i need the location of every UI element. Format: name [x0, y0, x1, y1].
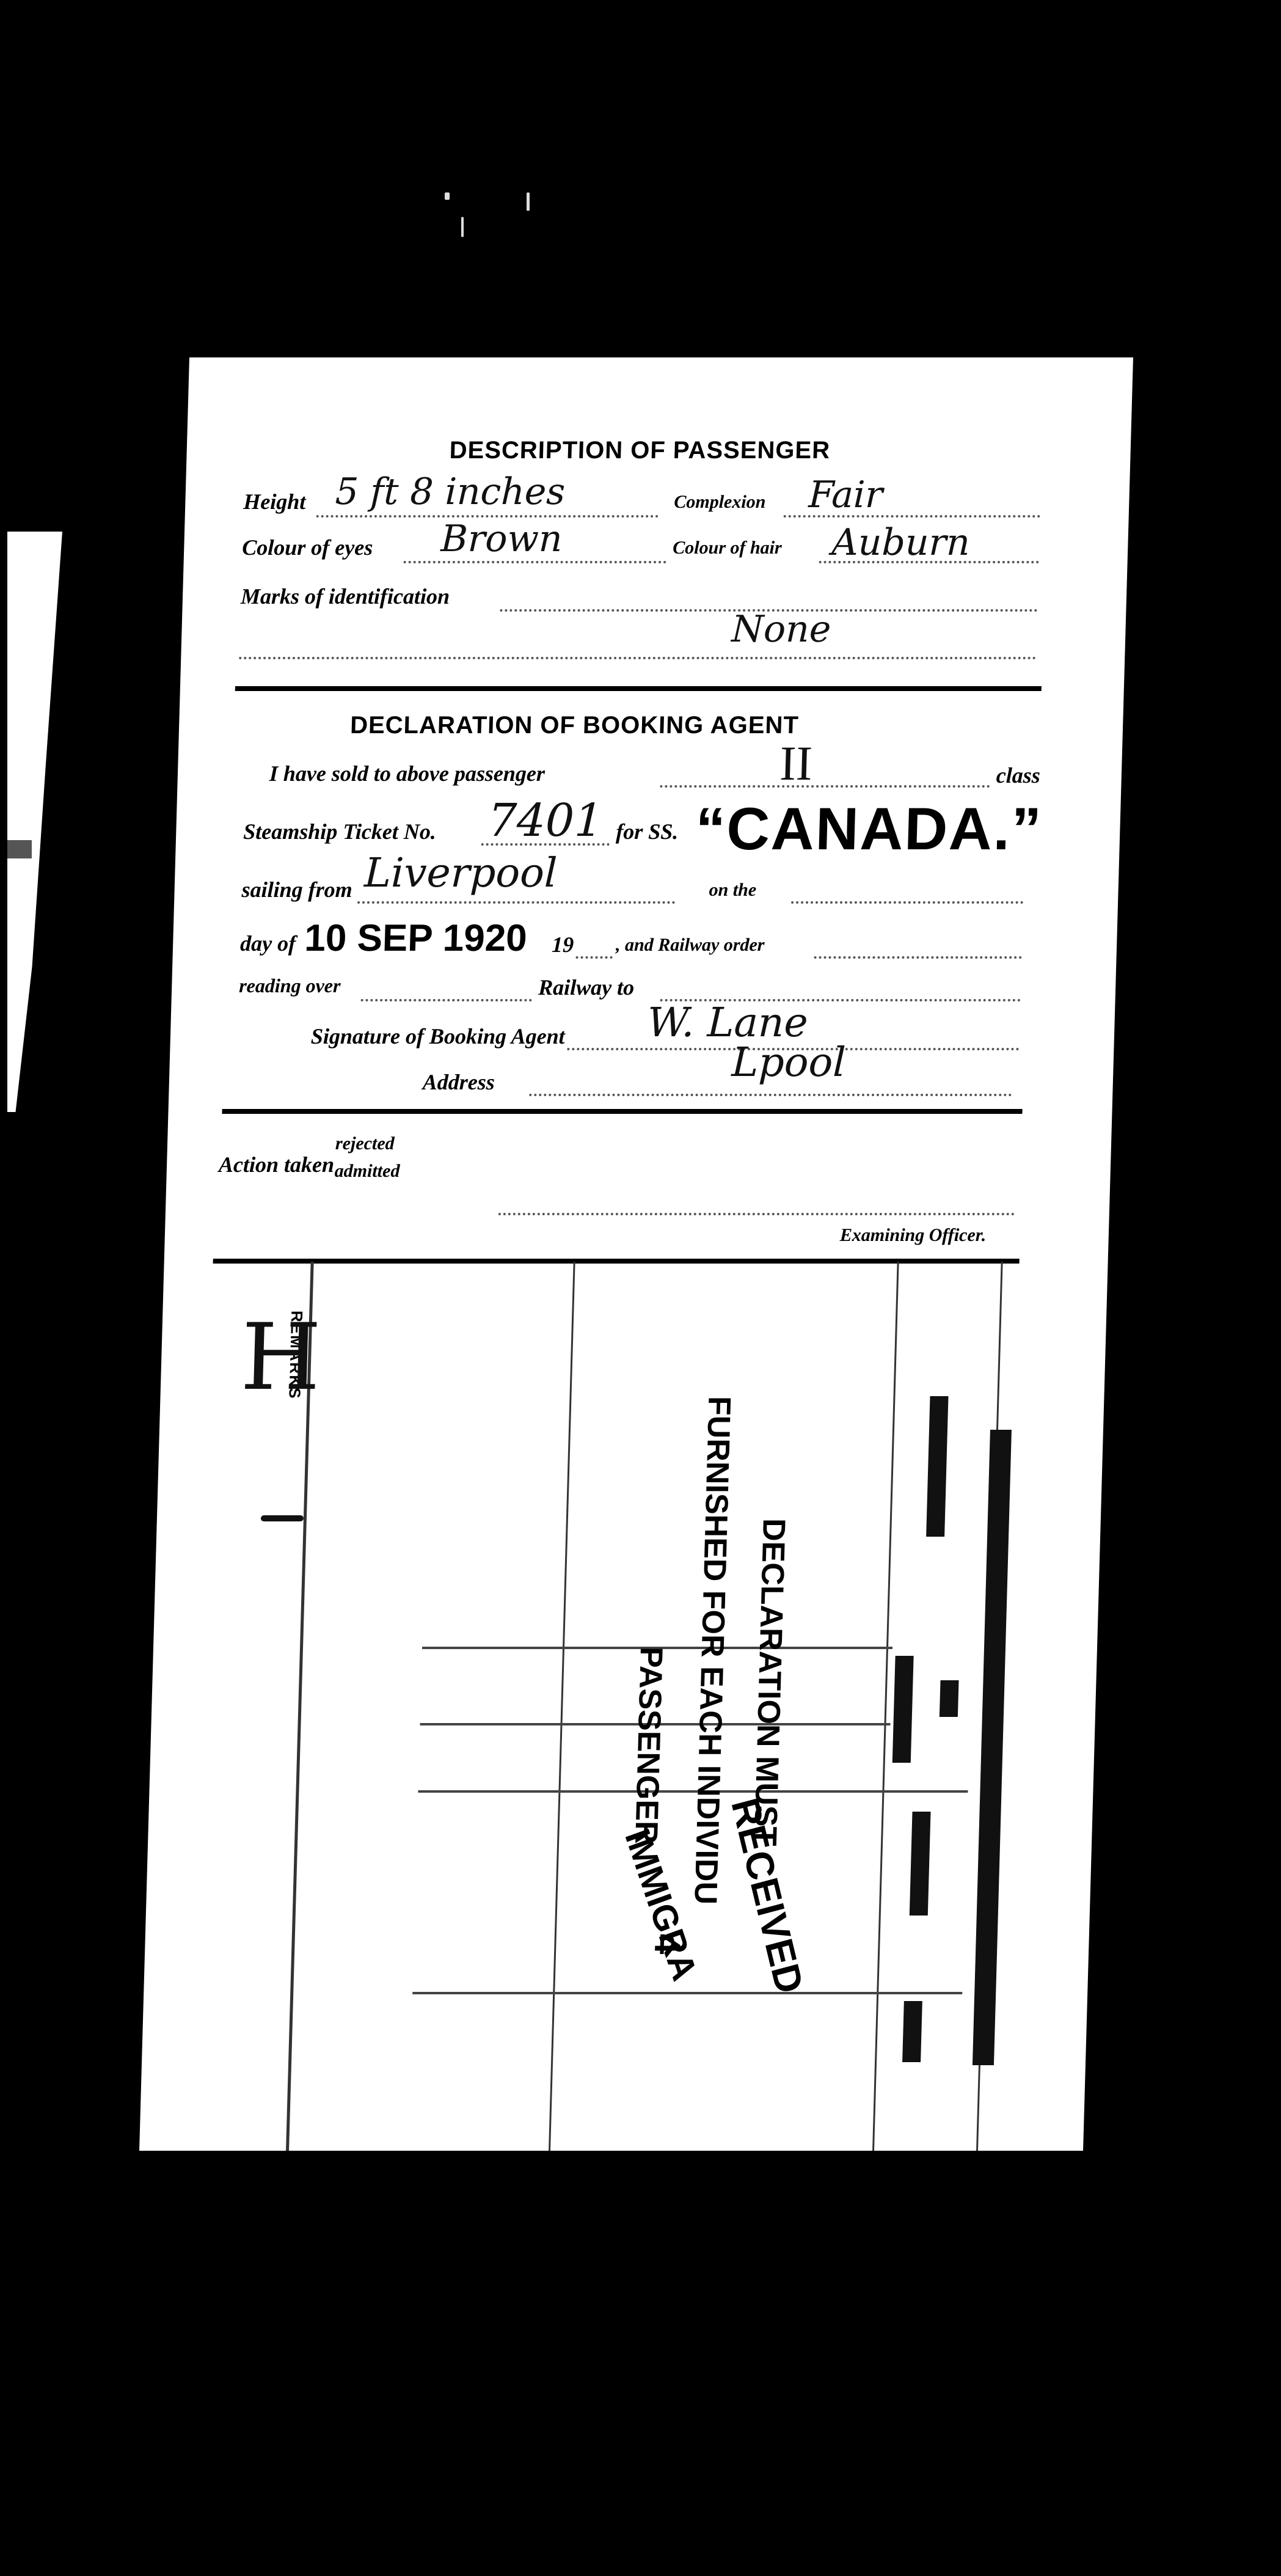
- section-divider: [222, 1109, 1022, 1114]
- class-label: class: [996, 763, 1040, 788]
- dust-speck: [461, 217, 464, 229]
- class-dots: [660, 785, 990, 788]
- row-line: [412, 1992, 962, 1994]
- redaction-bar: [910, 1812, 931, 1916]
- column-line: [549, 1262, 575, 2151]
- identification-value: None: [731, 608, 832, 651]
- hair-colour-label: Colour of hair: [673, 538, 782, 558]
- complexion-value: Fair: [808, 474, 883, 516]
- examining-officer-dots: [498, 1213, 1015, 1215]
- passenger-card: DESCRIPTION OF PASSENGER Height 5 ft 8 i…: [139, 357, 1133, 2151]
- address-label: Address: [422, 1069, 495, 1095]
- ticket-number: 7401: [487, 794, 604, 847]
- redaction-bar: [926, 1396, 948, 1537]
- year-label: 19: [552, 932, 574, 957]
- eye-colour-label: Colour of eyes: [242, 535, 373, 560]
- action-option-admitted: admitted: [334, 1161, 400, 1182]
- declaration-line-3: PASSENGER: [627, 1647, 670, 1844]
- sailing-from-value: Liverpool: [363, 849, 558, 896]
- redaction-bar: [892, 1656, 914, 1763]
- action-taken-label: Action taken: [219, 1152, 335, 1177]
- hair-colour-value: Auburn: [831, 521, 971, 564]
- on-the-label: on the: [709, 880, 756, 901]
- signature-label: Signature of Booking Agent: [310, 1023, 565, 1049]
- railway-to-label: Railway to: [538, 975, 635, 1000]
- sailing-from-label: sailing from: [241, 877, 352, 902]
- dust-speck: [445, 192, 450, 200]
- received-stamp: RECEIVED: [722, 1793, 812, 1998]
- redaction-bar: [973, 1430, 1012, 2065]
- sold-text: I have sold to above passenger: [269, 761, 545, 786]
- description-section-title: DESCRIPTION OF PASSENGER: [449, 437, 831, 464]
- scan-edge-band: [7, 840, 32, 858]
- day-of-label: day of: [240, 931, 296, 956]
- examining-officer-label: Examining Officer.: [839, 1225, 986, 1246]
- eye-colour-dots: [404, 561, 666, 563]
- height-label: Height: [243, 489, 306, 514]
- identification-dots-2: [239, 657, 1036, 659]
- reading-over-label: reading over: [239, 975, 341, 997]
- address-dots: [529, 1094, 1012, 1096]
- agent-address: Lpool: [731, 1039, 847, 1086]
- booking-section-title: DECLARATION OF BOOKING AGENT: [350, 712, 800, 739]
- railway-order-dots: [814, 956, 1022, 959]
- on-the-dots: [791, 901, 1023, 904]
- height-value: 5 ft 8 inches: [335, 470, 566, 513]
- eye-colour-value: Brown: [440, 518, 563, 560]
- dust-speck: [527, 192, 530, 211]
- redaction-bar: [902, 2001, 922, 2062]
- remarks-mark: H: [239, 1304, 323, 1411]
- redaction-bar: [940, 1680, 959, 1717]
- complexion-label: Complexion: [674, 492, 766, 513]
- remarks-scribble: [261, 1515, 304, 1521]
- year-dots: [576, 956, 613, 959]
- sailing-from-dots: [357, 901, 675, 904]
- ship-name-stamp: “CANADA.”: [695, 794, 1043, 863]
- action-option-rejected: rejected: [335, 1133, 395, 1154]
- class-value: II: [779, 736, 813, 792]
- ticket-label: Steamship Ticket No.: [243, 819, 437, 844]
- reading-over-dots: [361, 999, 532, 1001]
- section-divider: [235, 686, 1042, 691]
- for-ss-label: for SS.: [616, 819, 679, 844]
- scan-edge-strip: [7, 532, 62, 1112]
- date-stamp: 10 SEP 1920: [304, 917, 527, 960]
- railway-order-label: , and Railway order: [616, 935, 765, 956]
- identification-marks-label: Marks of identification: [240, 584, 450, 609]
